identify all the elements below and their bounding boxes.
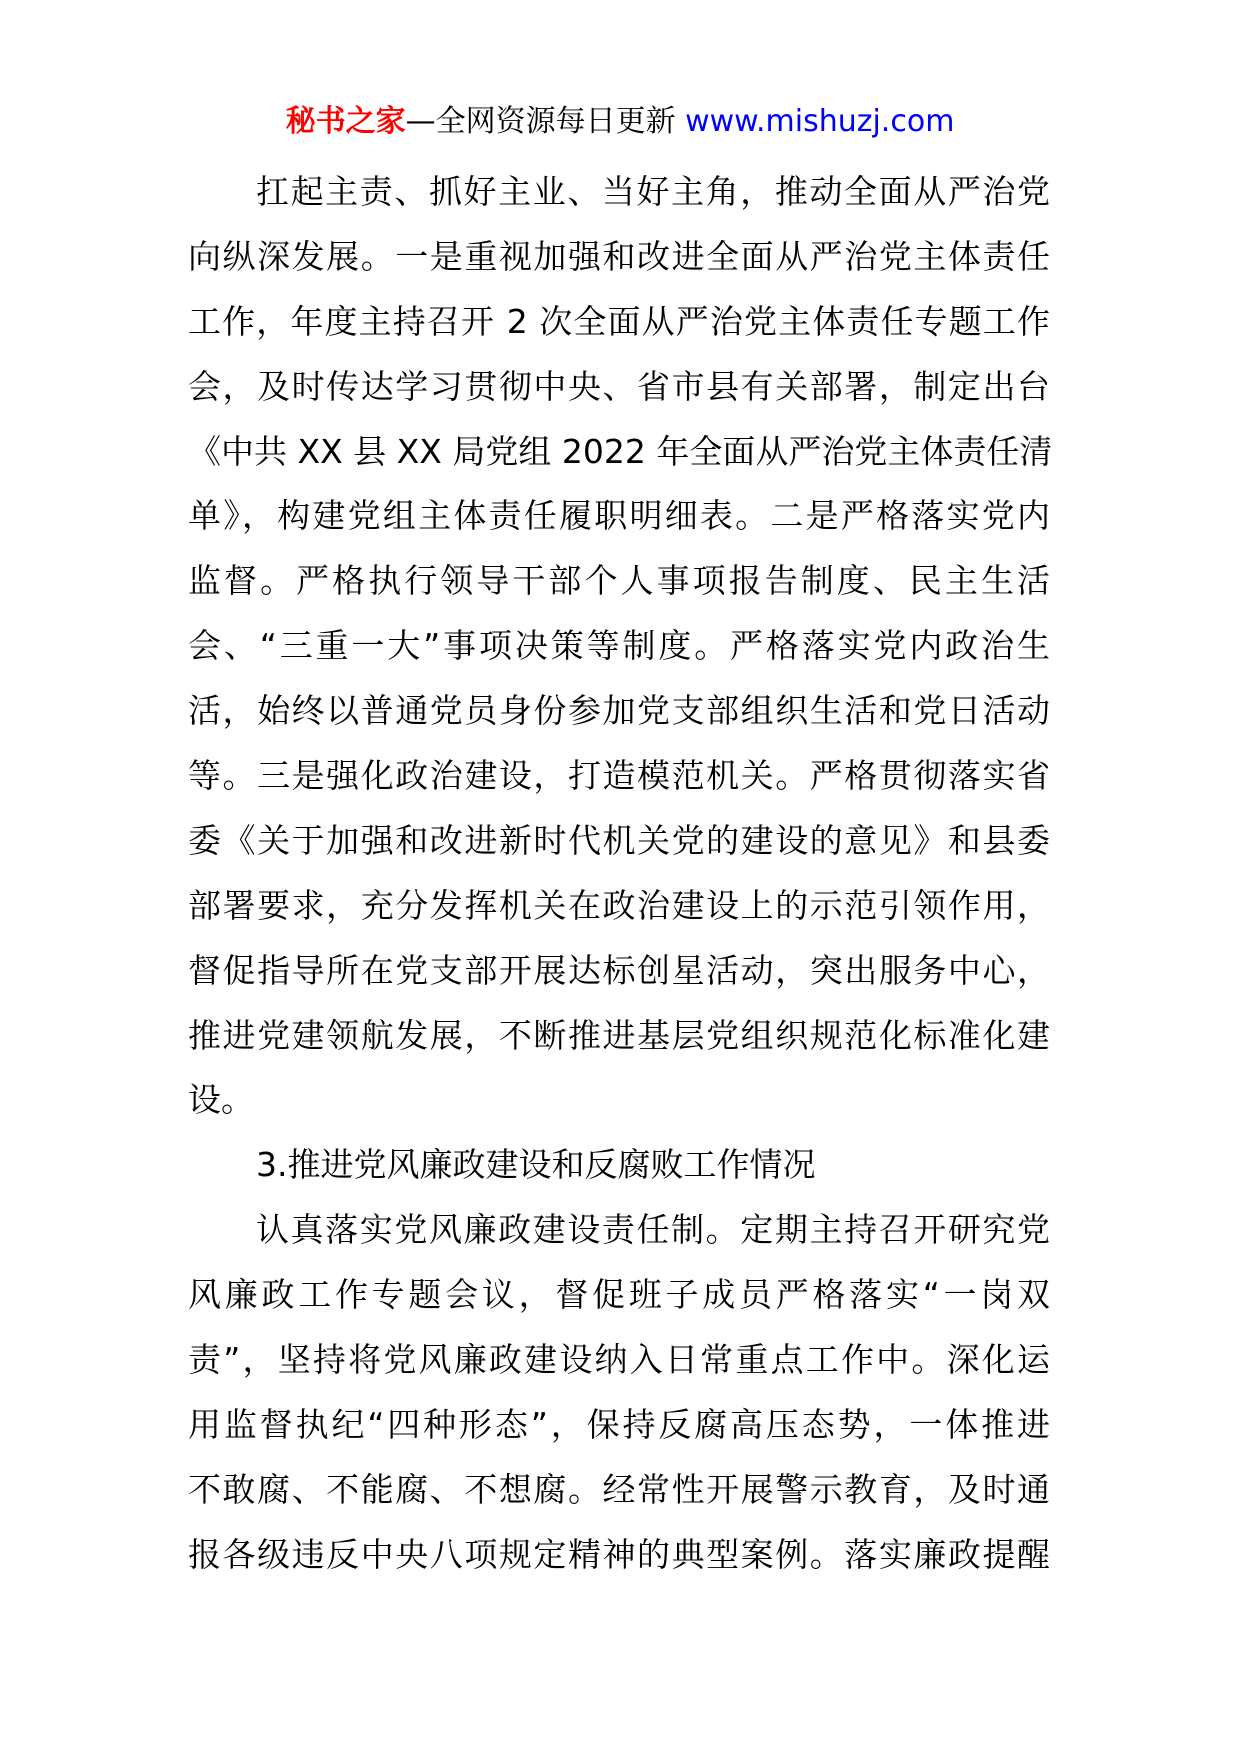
brand-name: 秘书之家 [286,104,406,139]
paragraph-line: 设。 [188,1068,1050,1133]
site-link[interactable]: www.mishuzj.com [676,104,955,139]
paragraph-line: 活，始终以普通党员身份参加党支部组织生活和党日活动 [188,679,1050,744]
paragraph-line: 扛起主责、抓好主业、当好主角，推动全面从严治党 [188,160,1050,225]
paragraph-line: 向纵深发展。一是重视加强和改进全面从严治党主体责任 [188,225,1050,290]
paragraph-line: 报各级违反中央八项规定精神的典型案例。落实廉政提醒 [188,1523,1050,1588]
document-body: 扛起主责、抓好主业、当好主角，推动全面从严治党 向纵深发展。一是重视加强和改进全… [188,160,1050,1588]
paragraph-line: 监督。严格执行领导干部个人事项报告制度、民主生活 [188,549,1050,614]
paragraph-line: 委《关于加强和改进新时代机关党的建设的意见》和县委 [188,809,1050,874]
paragraph-line: 部署要求，充分发挥机关在政治建设上的示范引领作用， [188,874,1050,939]
paragraph-line: 督促指导所在党支部开展达标创星活动，突出服务中心， [188,939,1050,1004]
paragraph-line: 等。三是强化政治建设，打造模范机关。严格贯彻落实省 [188,744,1050,809]
paragraph-line: 会、“三重一大”事项决策等制度。严格落实党内政治生 [188,614,1050,679]
paragraph-line: 认真落实党风廉政建设责任制。定期主持召开研究党 [188,1198,1050,1263]
paragraph-line: 会，及时传达学习贯彻中央、省市县有关部署，制定出台 [188,355,1050,420]
watermark-header: 秘书之家—全网资源每日更新 www.mishuzj.com [0,100,1240,144]
section-heading: 3.推进党风廉政建设和反腐败工作情况 [188,1133,1050,1198]
paragraph-line: 《中共 XX 县 XX 局党组 2022 年全面从严治党主体责任清 [188,420,1050,485]
slogan: —全网资源每日更新 [406,104,676,139]
paragraph-line: 工作，年度主持召开 2 次全面从严治党主体责任专题工作 [188,290,1050,355]
paragraph-line: 推进党建领航发展，不断推进基层党组织规范化标准化建 [188,1004,1050,1069]
paragraph-line: 责”，坚持将党风廉政建设纳入日常重点工作中。深化运 [188,1328,1050,1393]
paragraph-line: 单》，构建党组主体责任履职明细表。二是严格落实党内 [188,484,1050,549]
paragraph-line: 用监督执纪“四种形态”，保持反腐高压态势，一体推进 [188,1393,1050,1458]
paragraph-line: 不敢腐、不能腐、不想腐。经常性开展警示教育，及时通 [188,1458,1050,1523]
paragraph-line: 风廉政工作专题会议，督促班子成员严格落实“一岗双 [188,1263,1050,1328]
